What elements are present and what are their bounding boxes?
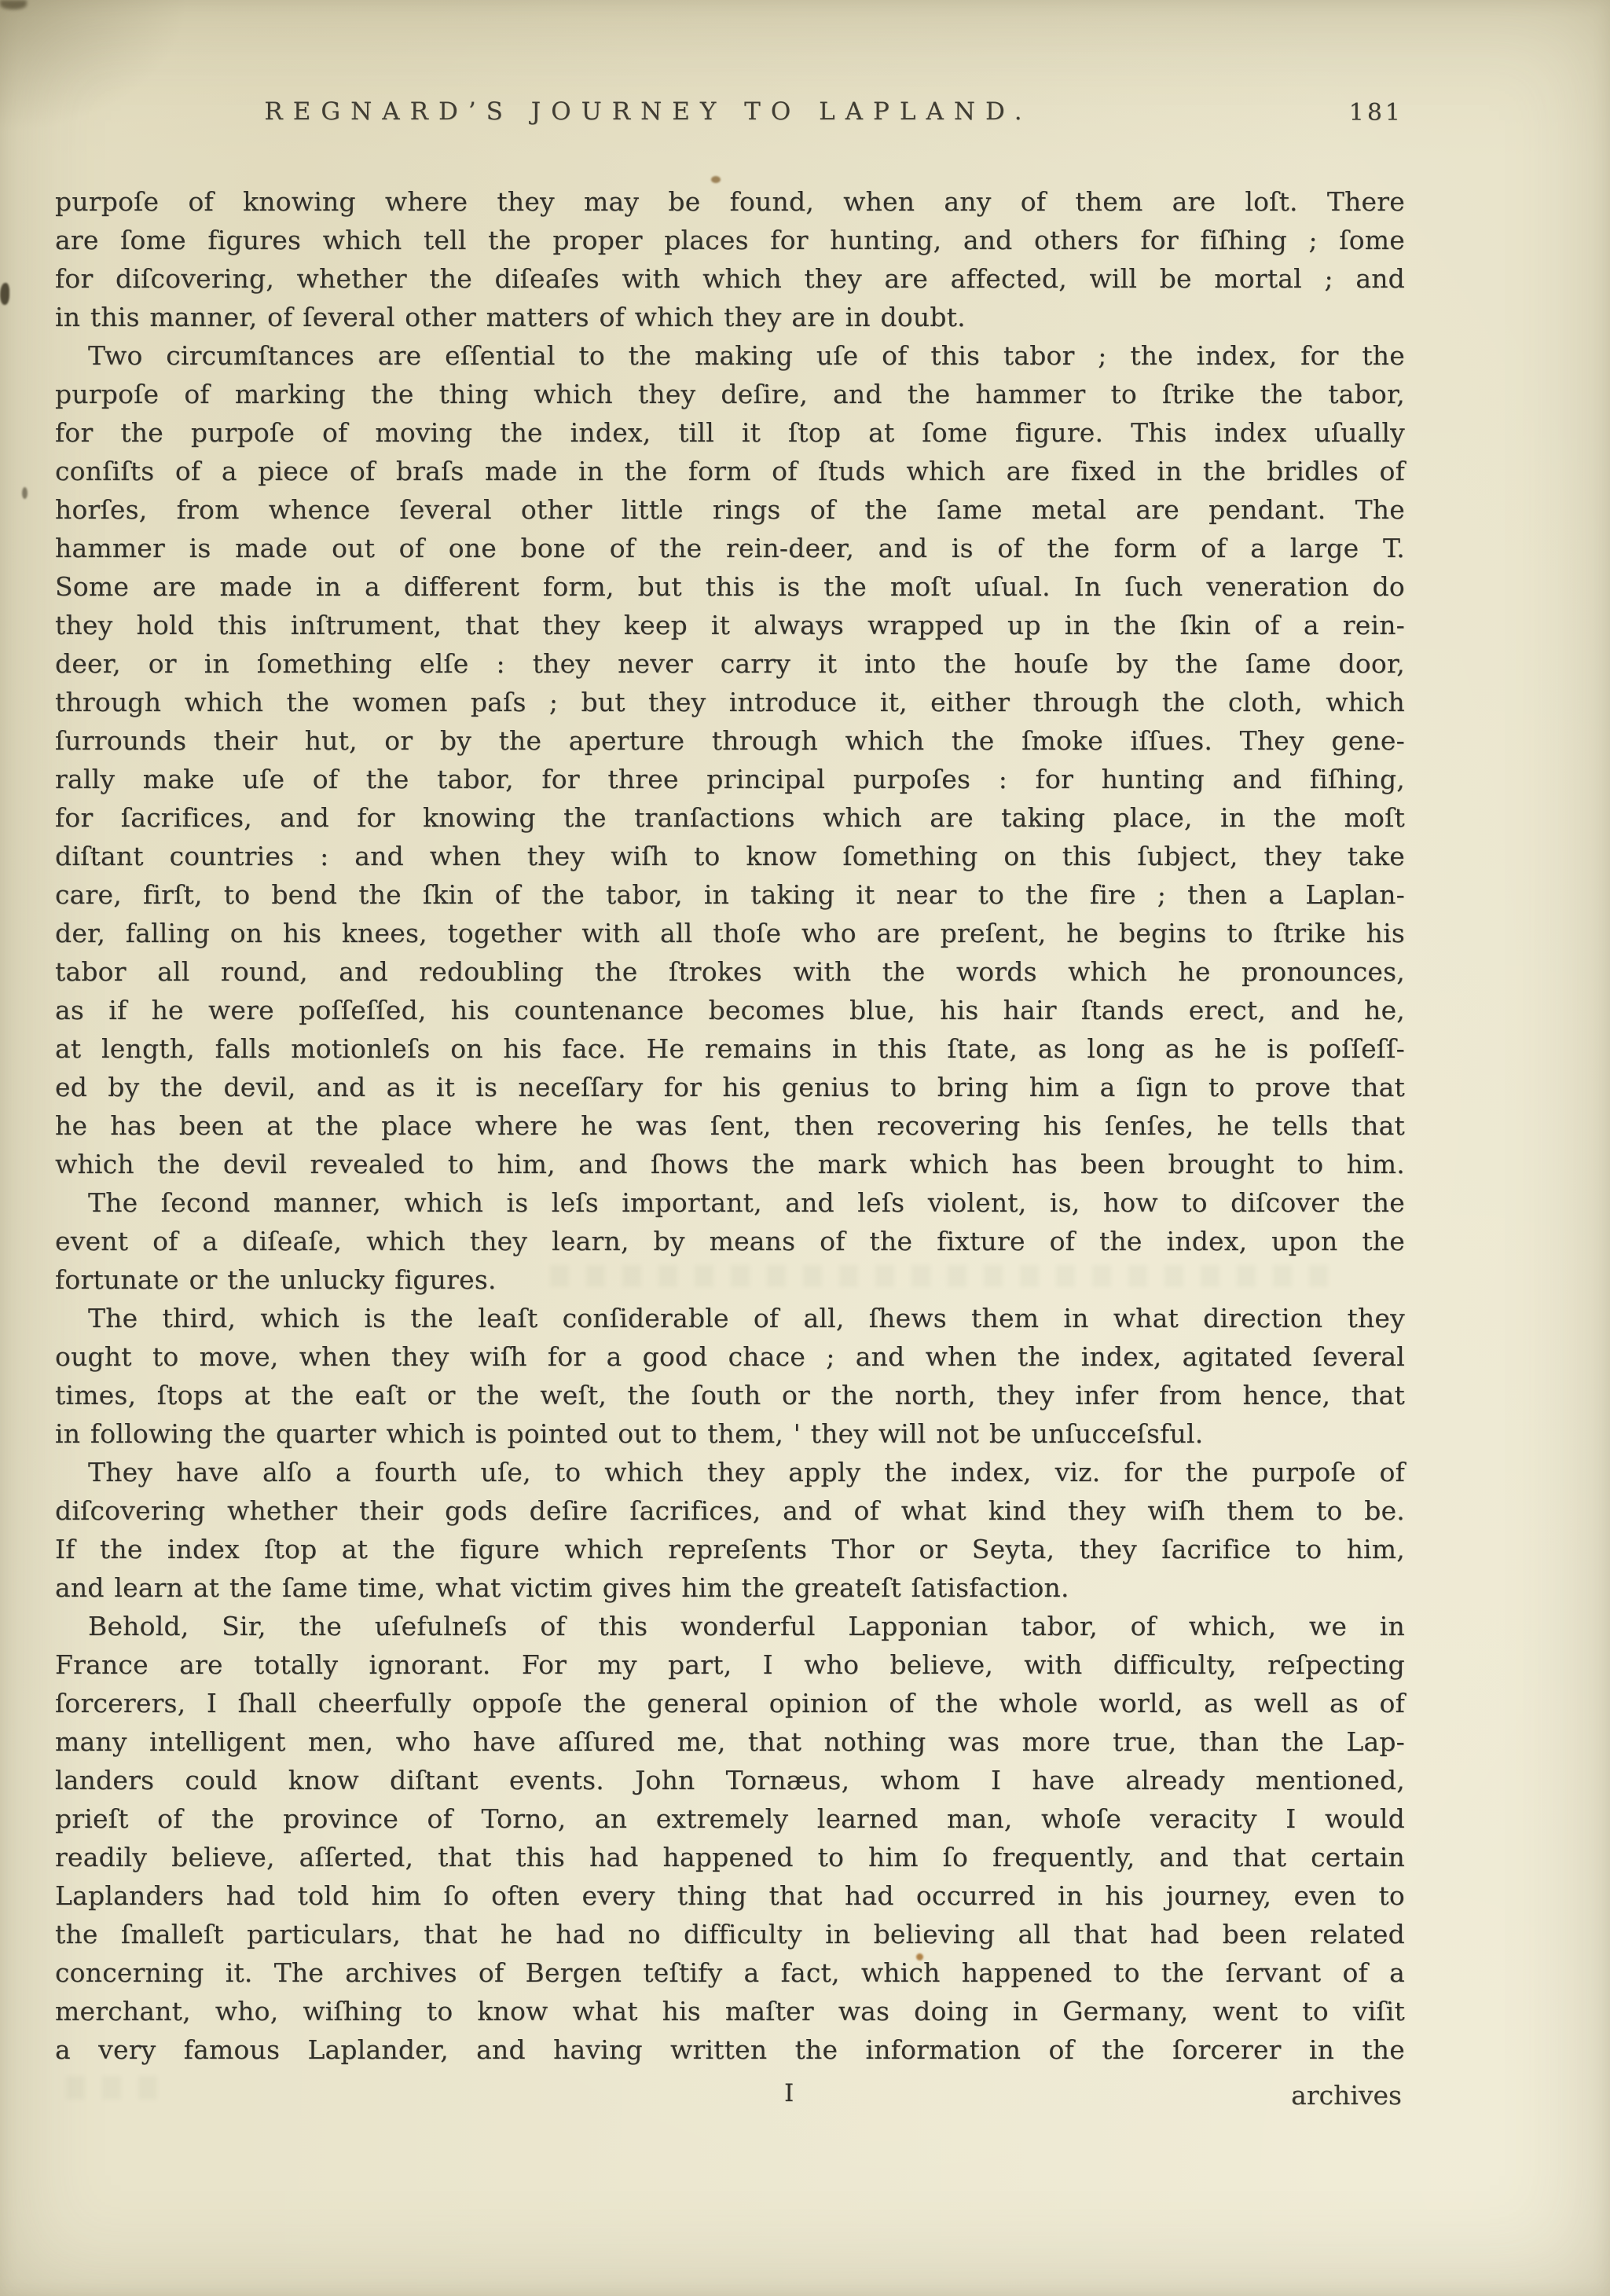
catchword-line: I archives <box>55 2074 1405 2113</box>
text-line: tabor all round, and redoubling the ſtro… <box>55 952 1405 991</box>
text-line: Some are made in a different form, but t… <box>55 567 1405 606</box>
text-line: ought to move, when they wiſh for a good… <box>55 1337 1405 1376</box>
text-line: and learn at the ſame time, what victim … <box>55 1568 1405 1607</box>
text-line: der, falling on his knees, together with… <box>55 914 1405 952</box>
text-line: horſes, from whence ſeveral other little… <box>55 490 1405 529</box>
text-line: a very famous Laplander, and having writ… <box>55 2030 1405 2069</box>
text-line: purpoſe of knowing where they may be fou… <box>55 182 1405 221</box>
paper-speck <box>0 283 9 305</box>
text-line: through which the women paſs ; but they … <box>55 683 1405 721</box>
paragraph: purpoſe of knowing where they may be fou… <box>55 182 1405 336</box>
text-line: Two circumſtances are eſſential to the m… <box>55 336 1405 375</box>
text-line: he has been at the place where he was ſe… <box>55 1106 1405 1145</box>
text-line: as if he were poſſeſſed, his countenance… <box>55 991 1405 1029</box>
text-line: for diſcovering, whether the diſeaſes wi… <box>55 259 1405 298</box>
signature-mark: I <box>784 2074 794 2113</box>
text-line: France are totally ignorant. For my part… <box>55 1645 1405 1684</box>
text-line: conſiſts of a piece of braſs made in the… <box>55 452 1405 490</box>
text-line: concerning it. The archives of Bergen te… <box>55 1953 1405 1992</box>
text-line: diſcovering whether their gods deſire ſa… <box>55 1491 1405 1530</box>
body-text: purpoſe of knowing where they may be fou… <box>55 182 1405 2069</box>
text-line: purpoſe of marking the thing which they … <box>55 375 1405 413</box>
text-line: merchant, who, wiſhing to know what his … <box>55 1992 1405 2030</box>
text-line: times, ſtops at the eaſt or the weſt, th… <box>55 1376 1405 1414</box>
text-line: event of a diſeaſe, which they learn, by… <box>55 1222 1405 1260</box>
text-line: ed by the devil, and as it is neceſſary … <box>55 1068 1405 1106</box>
text-line: are ſome figures which tell the proper p… <box>55 221 1405 259</box>
text-line: They have alſo a fourth uſe, to which th… <box>55 1453 1405 1491</box>
paper-speck <box>22 487 28 499</box>
paragraph: They have alſo a fourth uſe, to which th… <box>55 1453 1405 1607</box>
book-page-scan: REGNARD’S JOURNEY TO LAPLAND. 181 purpoſ… <box>0 0 1610 2296</box>
paragraph: Two circumſtances are eſſential to the m… <box>55 336 1405 1183</box>
paragraph: The third, which is the leaſt conſiderab… <box>55 1299 1405 1453</box>
text-line: If the index ſtop at the figure which re… <box>55 1530 1405 1568</box>
text-line: deer, or in ſomething elſe : they never … <box>55 644 1405 683</box>
paragraph: Behold, Sir, the uſefulneſs of this wond… <box>55 1607 1405 2069</box>
text-line: rally make uſe of the tabor, for three p… <box>55 760 1405 798</box>
text-line: The third, which is the leaſt conſiderab… <box>55 1299 1405 1337</box>
text-line: diſtant countries : and when they wiſh t… <box>55 837 1405 875</box>
text-line: they hold this inſtrument, that they kee… <box>55 606 1405 644</box>
text-line: ſorcerers, I ſhall cheerfully oppoſe the… <box>55 1684 1405 1722</box>
text-line: Laplanders had told him ſo often every t… <box>55 1876 1405 1915</box>
paper-speck <box>0 0 27 9</box>
text-line: care, firſt, to bend the ſkin of the tab… <box>55 875 1405 914</box>
text-line: in this manner, of ſeveral other matters… <box>55 298 1405 336</box>
text-line: the ſmalleſt particulars, that he had no… <box>55 1915 1405 1953</box>
text-line: prieſt of the province of Torno, an extr… <box>55 1799 1405 1838</box>
text-line: fortunate or the unlucky figures. <box>55 1260 1405 1299</box>
text-line: The ſecond manner, which is leſs importa… <box>55 1183 1405 1222</box>
text-line: which the devil revealed to him, and ſho… <box>55 1145 1405 1183</box>
paragraph: The ſecond manner, which is leſs importa… <box>55 1183 1405 1299</box>
text-line: many intelligent men, who have aſſured m… <box>55 1722 1405 1761</box>
text-line: in following the quarter which is pointe… <box>55 1414 1405 1453</box>
text-line: at length, falls motionleſs on his face.… <box>55 1029 1405 1068</box>
text-line: ſurrounds their hut, or by the aperture … <box>55 721 1405 760</box>
running-title: REGNARD’S JOURNEY TO LAPLAND. <box>264 97 1032 126</box>
page-header: REGNARD’S JOURNEY TO LAPLAND. 181 <box>55 97 1405 134</box>
text-line: readily believe, aſſerted, that this had… <box>55 1838 1405 1876</box>
text-line: Behold, Sir, the uſefulneſs of this wond… <box>55 1607 1405 1645</box>
page-number: 181 <box>1349 99 1403 127</box>
text-line: for ſacrifices, and for knowing the tran… <box>55 798 1405 837</box>
text-line: for the purpoſe of moving the index, til… <box>55 413 1405 452</box>
text-line: hammer is made out of one bone of the re… <box>55 529 1405 567</box>
text-line: landers could know diſtant events. John … <box>55 1761 1405 1799</box>
catchword: archives <box>1291 2076 1402 2114</box>
